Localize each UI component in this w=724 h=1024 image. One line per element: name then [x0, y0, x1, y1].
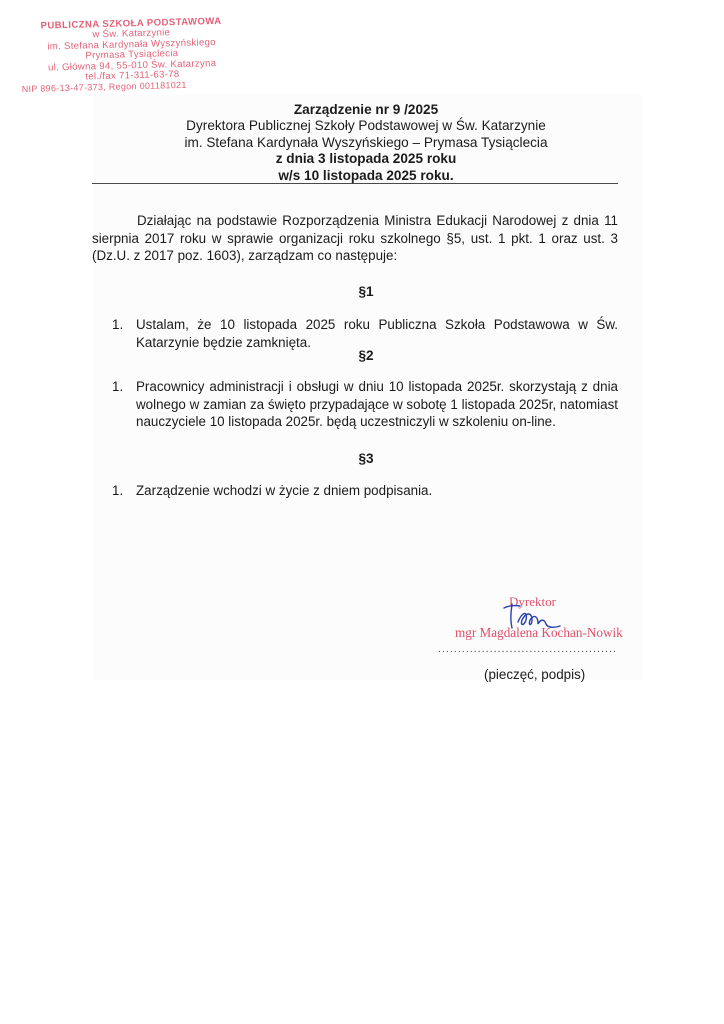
- section-2-item: 1. Pracownicy administracji i obsługi w …: [112, 378, 618, 431]
- document-title: Zarządzenie nr 9 /2025: [92, 102, 640, 118]
- section-heading-3: §3: [92, 451, 640, 466]
- item-number: 1.: [112, 482, 136, 500]
- header-divider: [92, 183, 618, 184]
- section-heading-2: §2: [92, 348, 640, 363]
- school-stamp: PUBLICZNA SZKOŁA PODSTAWOWA w Św. Katarz…: [26, 17, 238, 95]
- signature-line: ........................................…: [438, 644, 616, 655]
- document-subject: w/s 10 listopada 2025 roku.: [92, 168, 640, 184]
- item-text: Zarządzenie wchodzi w życie z dniem podp…: [136, 482, 618, 500]
- section-heading-1: §1: [92, 284, 640, 299]
- issue-date: z dnia 3 listopada 2025 roku: [92, 151, 640, 167]
- item-number: 1.: [112, 316, 136, 351]
- issuer-patron-line: im. Stefana Kardynała Wyszyńskiego – Pry…: [92, 135, 640, 151]
- item-text: Ustalam, że 10 listopada 2025 roku Publi…: [136, 316, 618, 351]
- item-number: 1.: [112, 378, 136, 431]
- signature-caption: (pieczęć, podpis): [484, 667, 585, 682]
- issuer-line: Dyrektora Publicznej Szkoły Podstawowej …: [92, 118, 640, 134]
- section-3-item: 1. Zarządzenie wchodzi w życie z dniem p…: [112, 482, 618, 500]
- item-text: Pracownicy administracji i obsługi w dni…: [136, 378, 618, 431]
- signatory-name: mgr Magdalena Kochan-Nowik: [455, 625, 623, 641]
- document-header: Zarządzenie nr 9 /2025 Dyrektora Publicz…: [92, 102, 640, 184]
- intro-paragraph: Działając na podstawie Rozporządzenia Mi…: [92, 212, 618, 265]
- section-1-item: 1. Ustalam, że 10 listopada 2025 roku Pu…: [112, 316, 618, 351]
